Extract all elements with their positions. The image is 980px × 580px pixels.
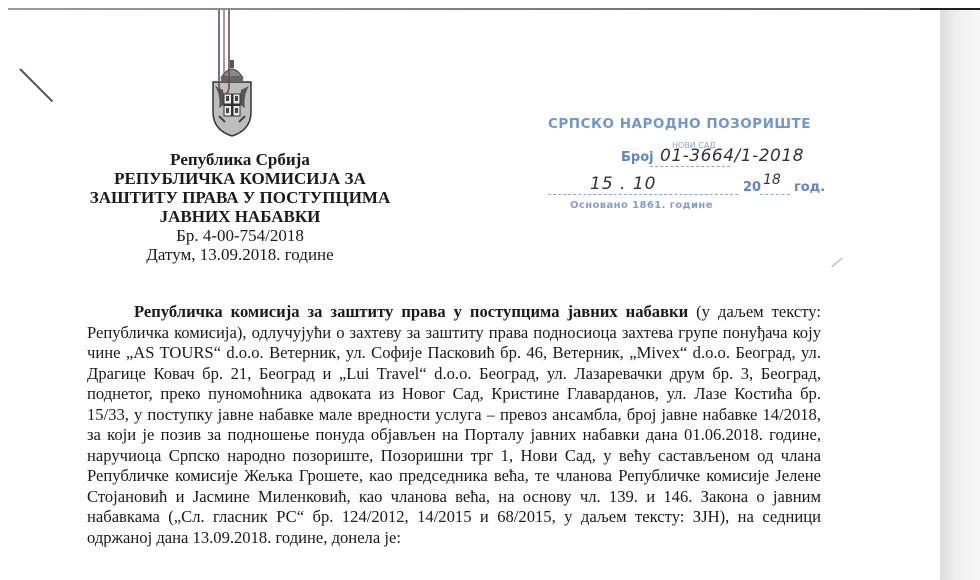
stamp-year-line (760, 194, 790, 195)
decision-preamble: Републичка комисија за заштиту права у п… (87, 302, 821, 548)
stamp-date-line (548, 194, 738, 195)
document-page: Република Србија РЕПУБЛИЧКА КОМИСИЈА ЗА … (0, 10, 940, 580)
document-date: Датум, 13.09.2018. године (60, 245, 420, 264)
preamble-lead: Републичка комисија за заштиту права у п… (134, 302, 688, 321)
stamp-number-label: Број (621, 150, 654, 165)
preamble-paragraph: Републичка комисија за заштиту права у п… (87, 302, 821, 548)
stamp-year-prefix: 20 (743, 180, 761, 195)
stamp-year-suffix: год. (794, 180, 825, 195)
paperclip-icon (216, 10, 236, 98)
stamp-number-handwritten: 01-3664/1-2018 (660, 146, 804, 166)
stamp-founded: Основано 1861. године (570, 200, 713, 211)
issuer-name-line-1: РЕПУБЛИЧКА КОМИСИЈА ЗА (60, 169, 420, 188)
preamble-text: (у даљем тексту: Републичка комисија), о… (87, 302, 821, 547)
reference-number: Бр. 4-00-754/2018 (60, 226, 420, 245)
pen-mark (19, 68, 53, 102)
stamp-organization: СРПСКО НАРОДНО ПОЗОРИШТЕ (548, 116, 811, 132)
stamp-date-handwritten: 15 . 10 (590, 174, 656, 194)
registry-stamp: СРПСКО НАРОДНО ПОЗОРИШТЕ НОВИ САД Број 0… (548, 110, 848, 220)
issuer-header: Република Србија РЕПУБЛИЧКА КОМИСИЈА ЗА … (60, 150, 420, 264)
issuer-country: Република Србија (60, 150, 420, 169)
stamp-year-handwritten: 18 (763, 172, 781, 188)
issuer-name-line-2: ЗАШТИТУ ПРАВА У ПОСТУПЦИМА (60, 188, 420, 207)
stamp-number-line (650, 166, 730, 167)
issuer-name-line-3: ЈАВНИХ НАБАВКИ (60, 207, 420, 226)
pen-dot-mark (831, 258, 842, 268)
scan-right-margin (940, 10, 980, 580)
